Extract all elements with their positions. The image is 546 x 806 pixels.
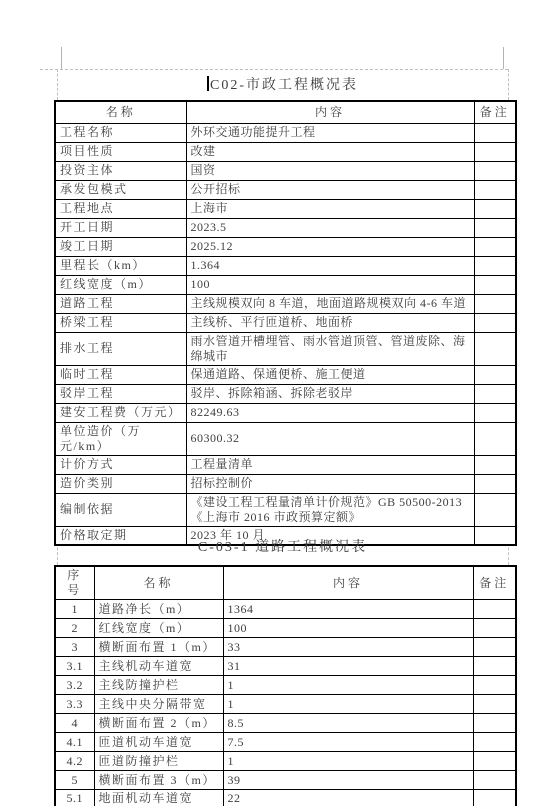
- cell-no[interactable]: 3.1: [55, 657, 94, 676]
- municipal-overview-table: 名称 内容 备注 工程名称 外环交通功能提升工程 项目性质 改建 投资主体 国资…: [54, 100, 517, 546]
- cell-note[interactable]: [474, 123, 516, 142]
- road-overview-table: 序号 名称 内容 备注 1 道路净长（m） 1364 2 红线宽度（m） 100…: [54, 565, 517, 806]
- cell-no[interactable]: 4: [55, 714, 94, 733]
- cell-name[interactable]: 主线中央分隔带宽: [94, 695, 223, 714]
- table-row: 4.2 匝道防撞护栏 1: [55, 752, 516, 771]
- cell-content[interactable]: 39: [223, 771, 473, 790]
- table1-title[interactable]: C02-市政工程概况表: [57, 74, 508, 94]
- cell-name[interactable]: 造价类别: [55, 474, 186, 493]
- cell-name[interactable]: 里程长（km）: [55, 256, 186, 275]
- table-row: 驳岸工程 驳岸、拆除箱涵、拆除老驳岸: [55, 384, 516, 403]
- cell-note[interactable]: [474, 199, 516, 218]
- cell-content[interactable]: 60300.32: [186, 422, 474, 455]
- cell-name[interactable]: 地面机动车道宽: [94, 790, 223, 806]
- cell-note[interactable]: [473, 676, 516, 695]
- cell-note[interactable]: [474, 455, 516, 474]
- cell-name[interactable]: 开工日期: [55, 218, 186, 237]
- table-row: 投资主体 国资: [55, 161, 516, 180]
- cell-name[interactable]: 道路净长（m）: [94, 600, 223, 619]
- cell-name[interactable]: 建安工程费（万元）: [55, 403, 186, 422]
- cell-note[interactable]: [473, 752, 516, 771]
- cell-name[interactable]: 主线防撞护栏: [94, 676, 223, 695]
- cell-content[interactable]: 工程量清单: [186, 455, 474, 474]
- cell-content[interactable]: 2025.12: [186, 237, 474, 256]
- cell-no[interactable]: 3.2: [55, 676, 94, 695]
- table-row: 竣工日期 2025.12: [55, 237, 516, 256]
- table-row: 承发包模式 公开招标: [55, 180, 516, 199]
- cell-no[interactable]: 5.1: [55, 790, 94, 806]
- cell-name[interactable]: 编制依据: [55, 493, 186, 526]
- cell-note[interactable]: [474, 332, 516, 365]
- cell-no[interactable]: 3.3: [55, 695, 94, 714]
- column-header-note[interactable]: 备注: [474, 101, 516, 123]
- cell-name[interactable]: 驳岸工程: [55, 384, 186, 403]
- cell-note[interactable]: [474, 218, 516, 237]
- cell-name[interactable]: 计价方式: [55, 455, 186, 474]
- cell-note[interactable]: [474, 256, 516, 275]
- column-header-note[interactable]: 备注: [473, 566, 516, 600]
- cell-content[interactable]: 1: [223, 752, 473, 771]
- table1-body: 工程名称 外环交通功能提升工程 项目性质 改建 投资主体 国资 承发包模式 公开…: [55, 123, 516, 545]
- cell-content[interactable]: 31: [223, 657, 473, 676]
- cell-name[interactable]: 承发包模式: [55, 180, 186, 199]
- table2-title[interactable]: C-03-1 道路工程概况表: [57, 536, 508, 556]
- table-row: 造价类别 招标控制价: [55, 474, 516, 493]
- column-header-name[interactable]: 名称: [94, 566, 223, 600]
- table2-body: 1 道路净长（m） 1364 2 红线宽度（m） 100 3 横断面布置 1（m…: [55, 600, 516, 806]
- crop-mark-left: [61, 47, 62, 69]
- cell-name[interactable]: 竣工日期: [55, 237, 186, 256]
- table1-title-text: C02-市政工程概况表: [210, 78, 358, 93]
- table-row: 3 横断面布置 1（m） 33: [55, 638, 516, 657]
- table-row: 3.2 主线防撞护栏 1: [55, 676, 516, 695]
- table-row: 道路工程 主线规模双向 8 车道，地面道路规模双向 4-6 车道: [55, 294, 516, 313]
- cell-note[interactable]: [473, 790, 516, 806]
- cell-name[interactable]: 横断面布置 3（m）: [94, 771, 223, 790]
- cell-name[interactable]: 工程名称: [55, 123, 186, 142]
- column-header-content[interactable]: 内容: [223, 566, 473, 600]
- cell-name[interactable]: 匝道机动车道宽: [94, 733, 223, 752]
- table-row: 项目性质 改建: [55, 142, 516, 161]
- crop-mark-right: [503, 47, 504, 69]
- cell-name[interactable]: 横断面布置 1（m）: [94, 638, 223, 657]
- cell-name[interactable]: 红线宽度（m）: [94, 619, 223, 638]
- table-row: 单位造价（万元/km） 60300.32: [55, 422, 516, 455]
- cell-content[interactable]: 7.5: [223, 733, 473, 752]
- table-row: 建安工程费（万元） 82249.63: [55, 403, 516, 422]
- cell-name[interactable]: 横断面布置 2（m）: [94, 714, 223, 733]
- table-row: 工程名称 外环交通功能提升工程: [55, 123, 516, 142]
- table-row: 1 道路净长（m） 1364: [55, 600, 516, 619]
- cell-content[interactable]: 8.5: [223, 714, 473, 733]
- table-row: 5 横断面布置 3（m） 39: [55, 771, 516, 790]
- table-row: 里程长（km） 1.364: [55, 256, 516, 275]
- table-row: 2 红线宽度（m） 100: [55, 619, 516, 638]
- cell-no[interactable]: 1: [55, 600, 94, 619]
- cell-content[interactable]: 100: [223, 619, 473, 638]
- cell-no[interactable]: 4.1: [55, 733, 94, 752]
- cell-name[interactable]: 单位造价（万元/km）: [55, 422, 186, 455]
- cell-content[interactable]: 保通道路、保通便桥、施工便道: [186, 365, 474, 384]
- table-row: 临时工程 保通道路、保通便桥、施工便道: [55, 365, 516, 384]
- cell-note[interactable]: [474, 294, 516, 313]
- cell-name[interactable]: 主线机动车道宽: [94, 657, 223, 676]
- cell-note[interactable]: [474, 493, 516, 526]
- cell-no[interactable]: 3: [55, 638, 94, 657]
- cell-content[interactable]: 22: [223, 790, 473, 806]
- cell-name[interactable]: 项目性质: [55, 142, 186, 161]
- cell-content[interactable]: 国资: [186, 161, 474, 180]
- table-row: 4.1 匝道机动车道宽 7.5: [55, 733, 516, 752]
- cell-name[interactable]: 匝道防撞护栏: [94, 752, 223, 771]
- table1-header-row: 名称 内容 备注: [55, 101, 516, 123]
- cell-content[interactable]: 《建设工程工程量清单计价规范》GB 50500-2013 《上海市 2016 市…: [186, 493, 474, 526]
- table-row: 工程地点 上海市: [55, 199, 516, 218]
- cell-note[interactable]: [474, 142, 516, 161]
- text-boundary-top: [40, 69, 508, 70]
- cell-note[interactable]: [473, 638, 516, 657]
- cell-content[interactable]: 公开招标: [186, 180, 474, 199]
- cell-note[interactable]: [473, 619, 516, 638]
- cell-name[interactable]: 桥梁工程: [55, 313, 186, 332]
- table-row: 3.3 主线中央分隔带宽 1: [55, 695, 516, 714]
- cell-content[interactable]: 驳岸、拆除箱涵、拆除老驳岸: [186, 384, 474, 403]
- cell-no[interactable]: 4.2: [55, 752, 94, 771]
- cell-content[interactable]: 100: [186, 275, 474, 294]
- cell-note[interactable]: [474, 313, 516, 332]
- cell-content[interactable]: 招标控制价: [186, 474, 474, 493]
- cell-name[interactable]: 投资主体: [55, 161, 186, 180]
- cell-note[interactable]: [474, 161, 516, 180]
- cell-content[interactable]: 33: [223, 638, 473, 657]
- cell-content[interactable]: 主线规模双向 8 车道，地面道路规模双向 4-6 车道: [186, 294, 474, 313]
- column-header-name[interactable]: 名称: [55, 101, 186, 123]
- text-cursor: [207, 76, 209, 91]
- table-row: 桥梁工程 主线桥、平行匝道桥、地面桥: [55, 313, 516, 332]
- cell-name[interactable]: 临时工程: [55, 365, 186, 384]
- cell-content[interactable]: 1.364: [186, 256, 474, 275]
- cell-note[interactable]: [474, 422, 516, 455]
- cell-content[interactable]: 1: [223, 676, 473, 695]
- cell-content[interactable]: 主线桥、平行匝道桥、地面桥: [186, 313, 474, 332]
- cell-content[interactable]: 上海市: [186, 199, 474, 218]
- cell-note[interactable]: [473, 733, 516, 752]
- column-header-content[interactable]: 内容: [186, 101, 474, 123]
- table-row: 3.1 主线机动车道宽 31: [55, 657, 516, 676]
- cell-note[interactable]: [473, 600, 516, 619]
- document-page[interactable]: C02-市政工程概况表 名称 内容 备注 工程名称 外环交通功能提升工程 项目性…: [0, 0, 546, 806]
- table-row: 红线宽度（m） 100: [55, 275, 516, 294]
- cell-name[interactable]: 排水工程: [55, 332, 186, 365]
- cell-note[interactable]: [474, 474, 516, 493]
- cell-note[interactable]: [474, 237, 516, 256]
- cell-note[interactable]: [474, 180, 516, 199]
- column-header-no[interactable]: 序号: [55, 566, 94, 600]
- cell-no[interactable]: 2: [55, 619, 94, 638]
- cell-content[interactable]: 1364: [223, 600, 473, 619]
- cell-note[interactable]: [474, 365, 516, 384]
- cell-content[interactable]: 82249.63: [186, 403, 474, 422]
- text-boundary-top-right: [508, 69, 509, 100]
- cell-name[interactable]: 道路工程: [55, 294, 186, 313]
- cell-no[interactable]: 5: [55, 771, 94, 790]
- table-row: 4 横断面布置 2（m） 8.5: [55, 714, 516, 733]
- cell-note[interactable]: [474, 384, 516, 403]
- table-row: 开工日期 2023.5: [55, 218, 516, 237]
- table2-title-text: C-03-1 道路工程概况表: [198, 540, 367, 555]
- table-row: 排水工程 雨水管道开槽埋管、雨水管道顶管、管道废除、海绵城市: [55, 332, 516, 365]
- cell-note[interactable]: [474, 275, 516, 294]
- cell-note[interactable]: [473, 714, 516, 733]
- cell-content[interactable]: 2023.5: [186, 218, 474, 237]
- table-row: 5.1 地面机动车道宽 22: [55, 790, 516, 806]
- cell-note[interactable]: [473, 657, 516, 676]
- table-row: 编制依据 《建设工程工程量清单计价规范》GB 50500-2013 《上海市 2…: [55, 493, 516, 526]
- cell-content[interactable]: 雨水管道开槽埋管、雨水管道顶管、管道废除、海绵城市: [186, 332, 474, 365]
- cell-note[interactable]: [473, 695, 516, 714]
- cell-name[interactable]: 红线宽度（m）: [55, 275, 186, 294]
- table-row: 计价方式 工程量清单: [55, 455, 516, 474]
- cell-content[interactable]: 外环交通功能提升工程: [186, 123, 474, 142]
- table2-header-row: 序号 名称 内容 备注: [55, 566, 516, 600]
- cell-content[interactable]: 1: [223, 695, 473, 714]
- cell-note[interactable]: [473, 771, 516, 790]
- cell-name[interactable]: 工程地点: [55, 199, 186, 218]
- cell-content[interactable]: 改建: [186, 142, 474, 161]
- cell-note[interactable]: [474, 403, 516, 422]
